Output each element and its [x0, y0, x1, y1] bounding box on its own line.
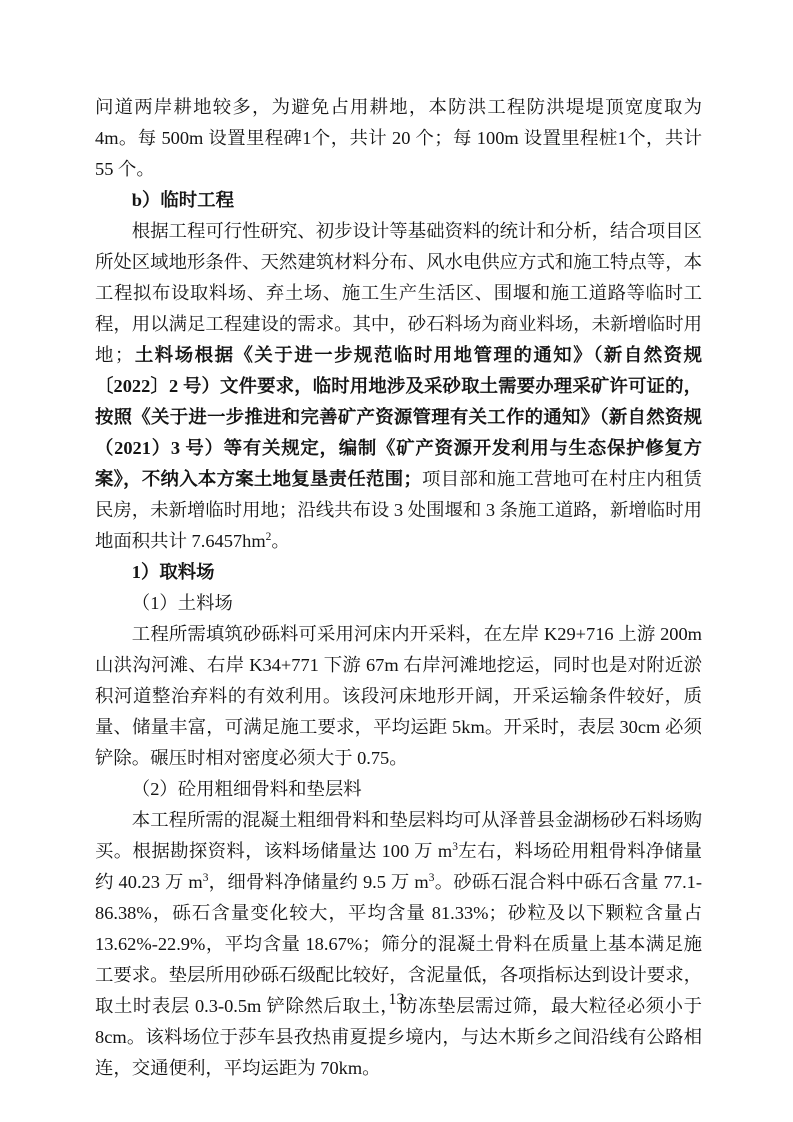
para-temporary-works: 根据工程可行性研究、初步设计等基础资料的统计和分析，结合项目区所处区域地形条件、…	[95, 216, 702, 557]
text-run: 。	[271, 531, 289, 551]
text-run: 根据工程可行性研究、初步设计等基础资料的统计和分析，结合项目区所处区域地形条件、…	[95, 221, 702, 365]
para-concrete-aggregate: 本工程所需的混凝土粗细骨料和垫层料均可从泽普县金湖杨砂石料场购买。根据勘探资料，…	[95, 805, 702, 1084]
subheading-soil-material-area: （1）土料场	[95, 588, 702, 619]
text-run: （1）土料场	[132, 593, 233, 613]
bold-text-run: b）临时工程	[132, 190, 234, 210]
subheading-concrete-aggregate: （2）砼用粗细骨料和垫层料	[95, 774, 702, 805]
text-run: ，细骨料净储量约 9.5 万 m	[208, 872, 428, 892]
para-dike-crest-continuation: 问道两岸耕地较多，为避免占用耕地，本防洪工程防洪堤堤顶宽度取为 4m。每 500…	[95, 92, 702, 185]
text-run: 问道两岸耕地较多，为避免占用耕地，本防洪工程防洪堤堤顶宽度取为 4m。每 500…	[95, 97, 702, 179]
para-soil-material-area: 工程所需填筑砂砾料可采用河床内开采料，在左岸 K29+716 上游 200m 山…	[95, 619, 702, 774]
text-run: 。砂砾石混合料中砾石含量 77.1-86.38%，砾石含量变化较大，平均含量 8…	[95, 872, 702, 1078]
page-number: 13	[0, 991, 793, 1009]
heading-temporary-works: b）临时工程	[95, 185, 702, 216]
document-body: 问道两岸耕地较多，为避免占用耕地，本防洪工程防洪堤堤顶宽度取为 4m。每 500…	[95, 92, 702, 1084]
heading-borrow-area: 1）取料场	[95, 557, 702, 588]
text-run: （2）砼用粗细骨料和垫层料	[132, 779, 362, 799]
bold-text-run: 1）取料场	[132, 562, 215, 582]
text-run: 工程所需填筑砂砾料可采用河床内开采料，在左岸 K29+716 上游 200m 山…	[95, 624, 702, 768]
bold-text-run: 土料场根据《关于进一步规范临时用地管理的通知》（新自然资规〔2022〕2 号）文…	[95, 345, 702, 489]
document-page: 问道两岸耕地较多，为避免占用耕地，本防洪工程防洪堤堤顶宽度取为 4m。每 500…	[0, 0, 793, 1122]
